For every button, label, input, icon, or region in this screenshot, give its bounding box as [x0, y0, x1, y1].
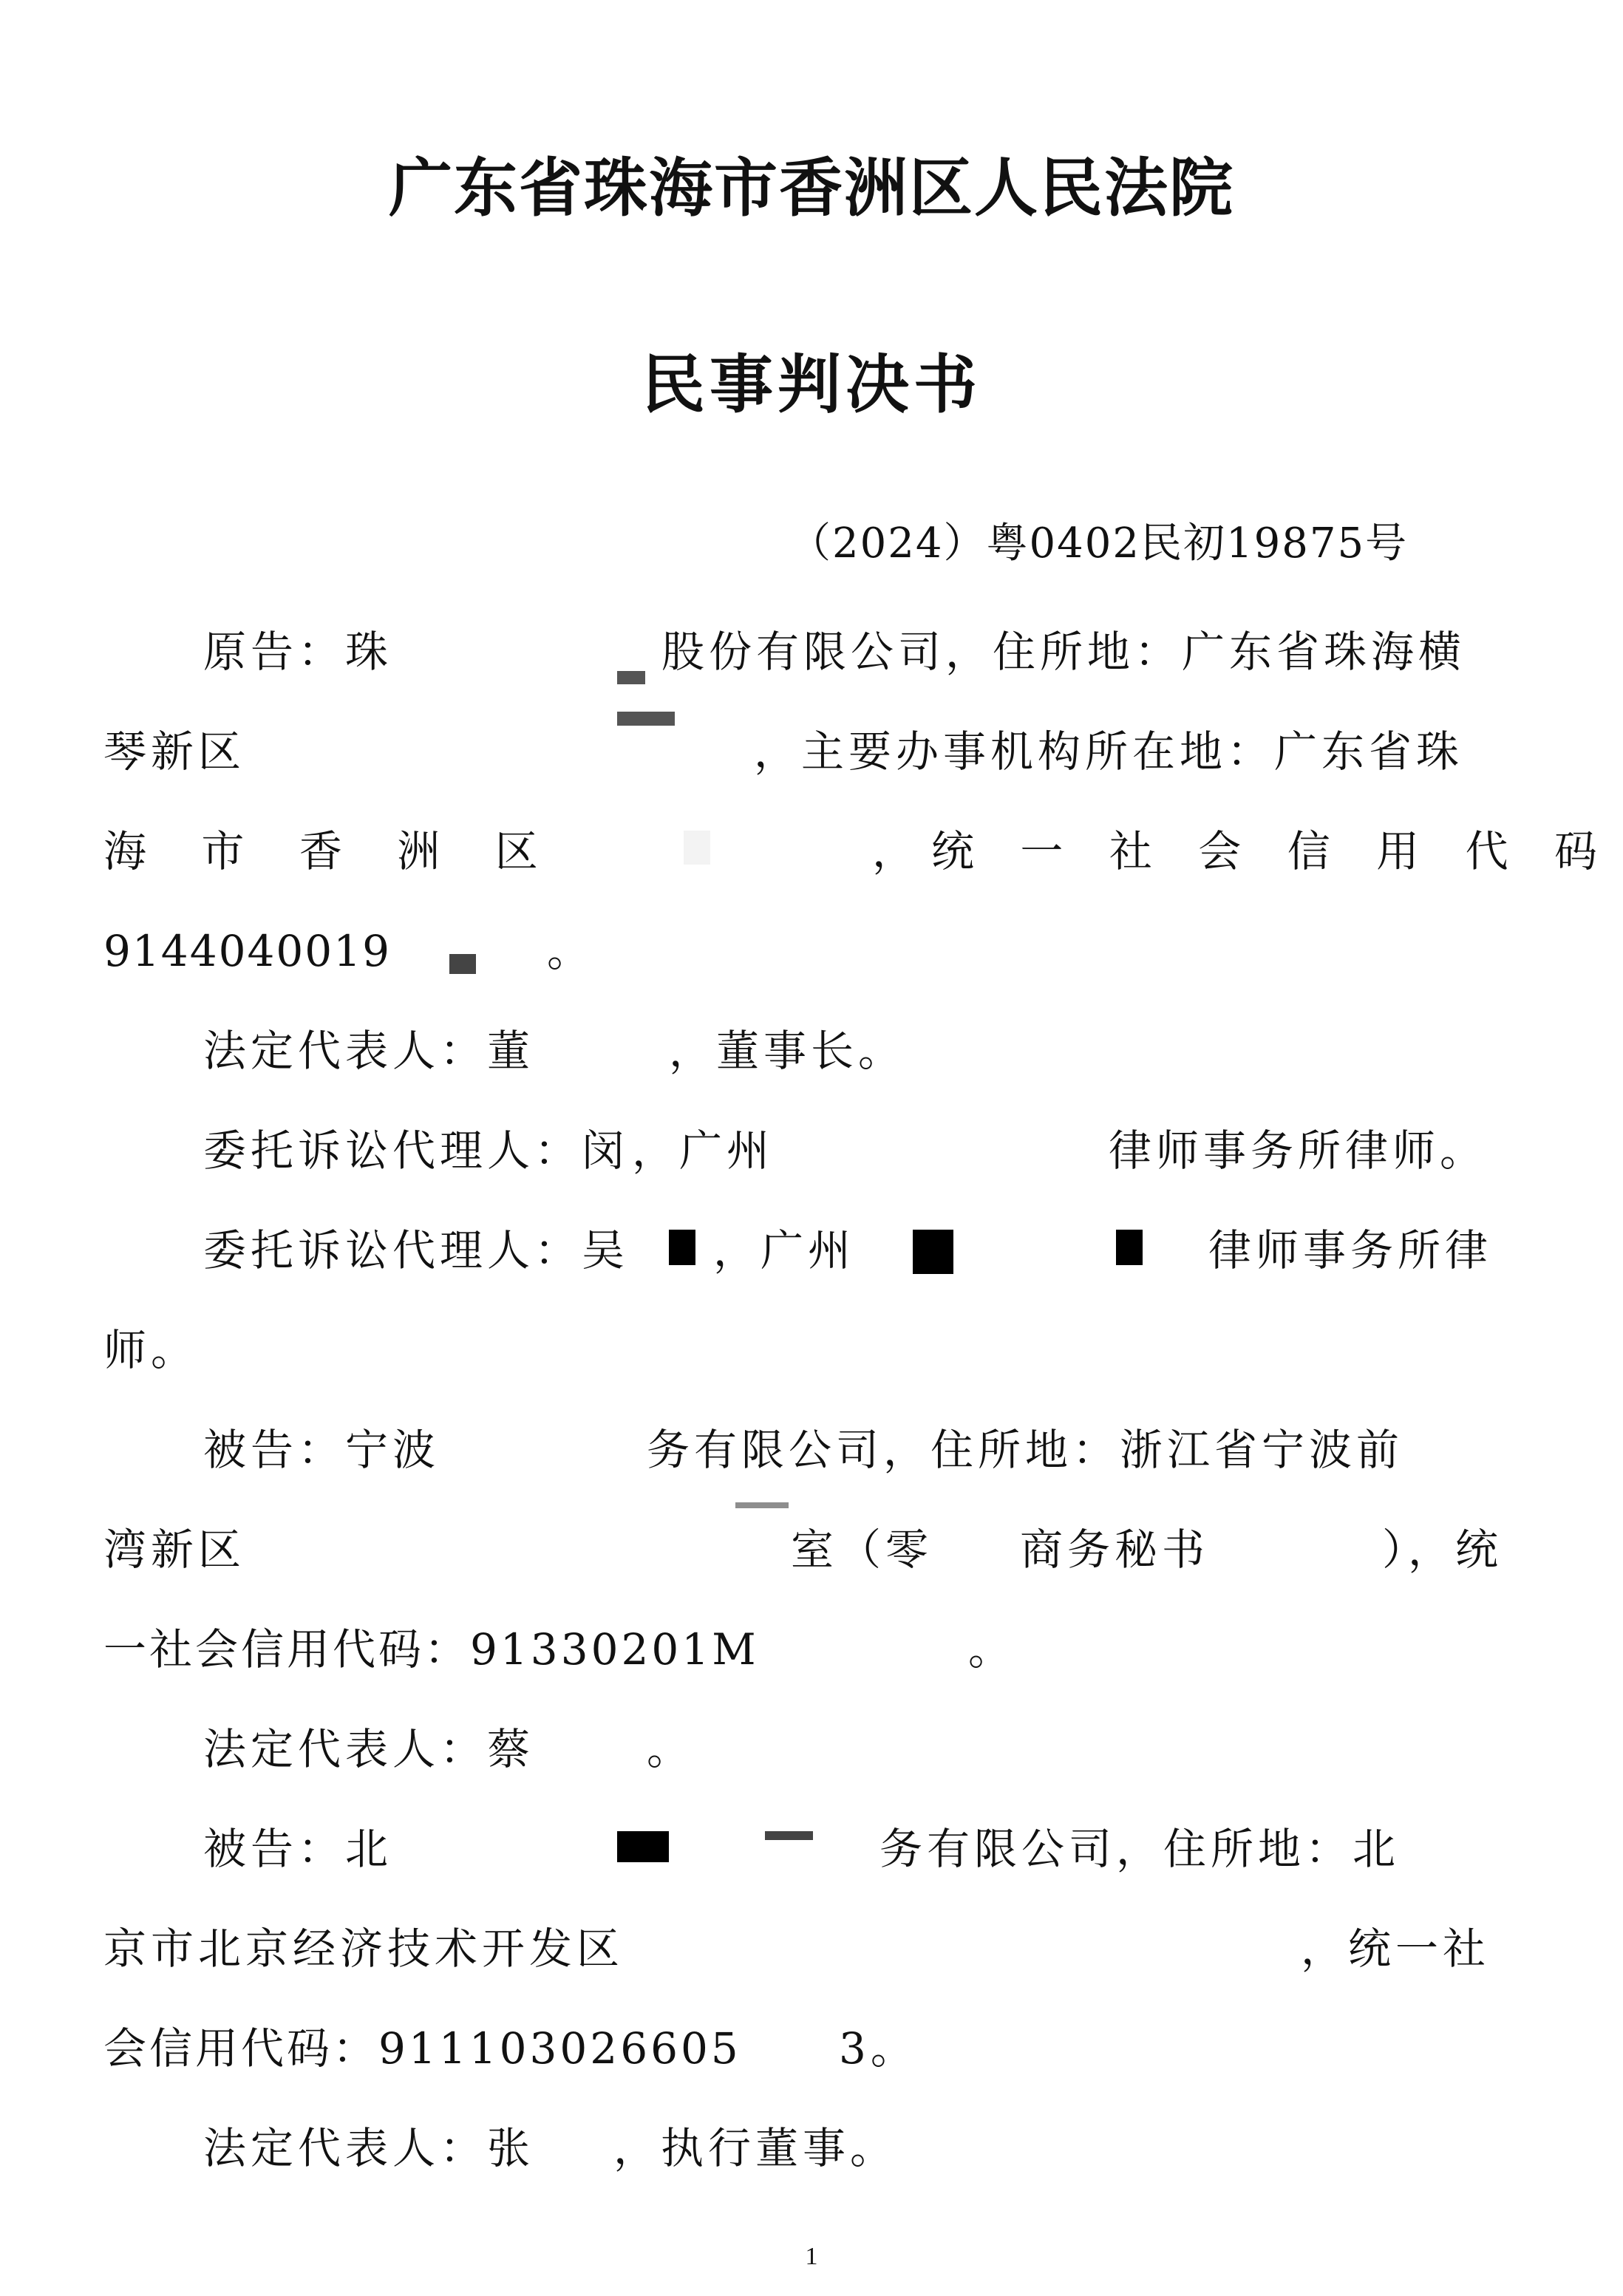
- text-segment: ，统一社: [1301, 1919, 1490, 1978]
- defendant-1-line-3: 一社会信用代码：91330201M 。: [103, 1620, 1508, 1679]
- defendant-2-line-2: 京市北京经济技术开发区 ，统一社: [103, 1919, 1508, 1978]
- text-segment: ，广州: [632, 1121, 774, 1180]
- text-segment: 委托诉讼代理人：闵: [203, 1121, 629, 1180]
- defendant-1-credit-code: 一社会信用代码：91330201M: [103, 1620, 759, 1679]
- redaction-block: [449, 954, 476, 974]
- text-segment: 师。: [103, 1321, 198, 1380]
- defendant-1-legal-rep: 法定代表人：蔡 。: [203, 1720, 1607, 1779]
- redaction-block: [684, 831, 710, 865]
- text-segment: 海 市 香 洲 区: [103, 822, 559, 881]
- redaction-block: [735, 1502, 789, 1508]
- plaintiff-credit-code: 9144040019: [103, 922, 391, 981]
- plaintiff-line-1: 原告：珠 股份有限公司，住所地：广东省珠海横: [103, 622, 1508, 681]
- text-segment: 。: [547, 922, 594, 981]
- text-segment: 。: [647, 1720, 694, 1779]
- plaintiff-agent-2: 委托诉讼代理人：吴 ，广州 律师事务所律: [203, 1221, 1607, 1280]
- redaction-block: [1116, 1230, 1143, 1265]
- text-segment: ，: [872, 822, 919, 881]
- redaction-block: [669, 1230, 695, 1265]
- text-segment: ，董事长。: [669, 1021, 905, 1080]
- defendant-2-legal-rep: 法定代表人：张 ，执行董事。: [203, 2119, 1607, 2178]
- text-segment: 务有限公司，住所地：浙江省宁波前: [647, 1420, 1403, 1479]
- page-number: 1: [0, 2243, 1623, 2271]
- plaintiff-name-suffix: 股份有限公司，住所地：广东省珠海横: [661, 622, 1466, 681]
- plaintiff-legal-rep: 法定代表人：董 ，董事长。: [203, 1021, 1607, 1080]
- text-segment: 律师事务所律: [1208, 1221, 1492, 1280]
- text-segment: 法定代表人：张: [203, 2119, 534, 2178]
- document-title: 民事判决书: [0, 353, 1623, 417]
- defendant-1-line-1: 被告：宁波 务有限公司，住所地：浙江省宁波前: [203, 1420, 1607, 1479]
- text-segment: 3。: [839, 2019, 918, 2078]
- plaintiff-line-4: 9144040019 。: [103, 922, 1508, 981]
- text-segment: ，主要办事机构所在地：广东省珠: [754, 722, 1463, 781]
- text-segment: 委托诉讼代理人：吴: [203, 1221, 629, 1280]
- text-segment: 统 一 社 会 信 用 代 码 ：: [931, 822, 1623, 881]
- defendant-2-credit-code: 会信用代码：911103026605: [103, 2019, 741, 2078]
- text-segment: 法定代表人：董: [203, 1021, 534, 1080]
- text-segment: 京市北京经济技术开发区: [103, 1919, 624, 1978]
- text-segment: 商务秘书: [1020, 1520, 1209, 1579]
- redaction-block: [617, 1831, 669, 1862]
- case-number: （2024）粤0402民初19875号: [789, 523, 1408, 565]
- redaction-block: [765, 1831, 813, 1840]
- text-segment: 法定代表人：蔡: [203, 1720, 534, 1779]
- text-segment: 律师事务所律师。: [1109, 1121, 1487, 1180]
- text-segment: 务有限公司，住所地：北: [879, 1819, 1400, 1878]
- defendant-2-line-1: 被告：北 务有限公司，住所地：北: [203, 1819, 1607, 1878]
- text-segment: ，执行董事。: [613, 2119, 897, 2178]
- defendant-1-line-2: 湾新区 室（零 商务秘书 ），统: [103, 1520, 1508, 1579]
- plaintiff-agent-1: 委托诉讼代理人：闵 ，广州 律师事务所律师。: [203, 1121, 1607, 1180]
- redaction-block: [913, 1230, 953, 1274]
- defendant-2-line-3: 会信用代码：911103026605 3。: [103, 2019, 1508, 2078]
- redaction-block: [617, 712, 675, 726]
- court-title: 广东省珠海市香洲区人民法院: [0, 157, 1623, 220]
- plaintiff-label: 原告：珠: [203, 622, 392, 681]
- text-segment: ，广州: [713, 1221, 855, 1280]
- plaintiff-line-3: 海 市 香 洲 区 ， 统 一 社 会 信 用 代 码 ：: [103, 822, 1508, 881]
- text-segment: 。: [968, 1620, 1015, 1679]
- text-segment: 琴新区: [103, 722, 245, 781]
- redaction-block: [617, 671, 645, 684]
- text-segment: ），统: [1382, 1520, 1503, 1579]
- defendant-label: 被告：宁波: [203, 1420, 440, 1479]
- defendant-label: 被告：北: [203, 1819, 392, 1878]
- plaintiff-line-2: 琴新区 ，主要办事机构所在地：广东省珠: [103, 722, 1508, 781]
- plaintiff-agent-2-cont: 师。: [103, 1321, 1508, 1380]
- text-segment: 室（零: [791, 1520, 933, 1579]
- text-segment: 湾新区: [103, 1520, 245, 1579]
